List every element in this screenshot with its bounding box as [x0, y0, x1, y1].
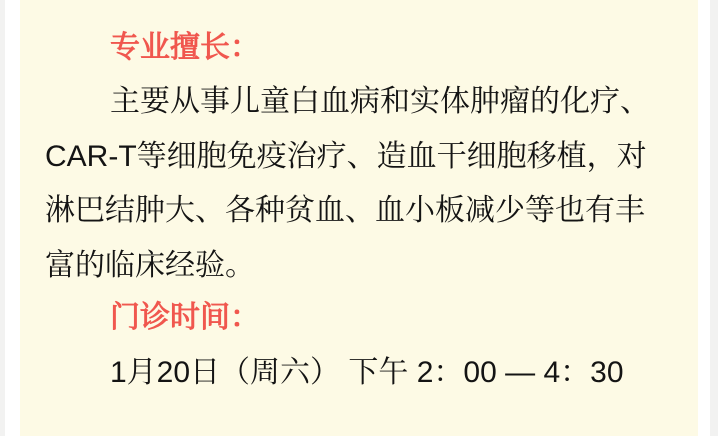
left-page-edge: [0, 0, 5, 436]
article-page: 专业擅长： 主要从事儿童白血病和实体肿瘤的化疗、 CAR-T等细胞免疫治疗、造血…: [0, 0, 718, 436]
section-heading-specialty: 专业擅长：: [110, 31, 260, 65]
specialty-paragraph-line-2: CAR-T等细胞免疫治疗、造血干细胞移植，对: [45, 140, 647, 174]
clinic-hours-line: 1月20日（周六） 下午 2：00 — 4：30: [110, 356, 624, 390]
specialty-paragraph-line-4: 富的临床经验。: [45, 249, 255, 283]
section-heading-clinic-hours: 门诊时间：: [110, 301, 260, 335]
right-page-edge: [710, 0, 718, 436]
specialty-paragraph-line-1: 主要从事儿童白血病和实体肿瘤的化疗、: [110, 85, 650, 119]
specialty-paragraph-line-3: 淋巴结肿大、各种贫血、血小板减少等也有丰: [45, 194, 645, 228]
doctor-profile-card: 专业擅长： 主要从事儿童白血病和实体肿瘤的化疗、 CAR-T等细胞免疫治疗、造血…: [20, 0, 698, 436]
